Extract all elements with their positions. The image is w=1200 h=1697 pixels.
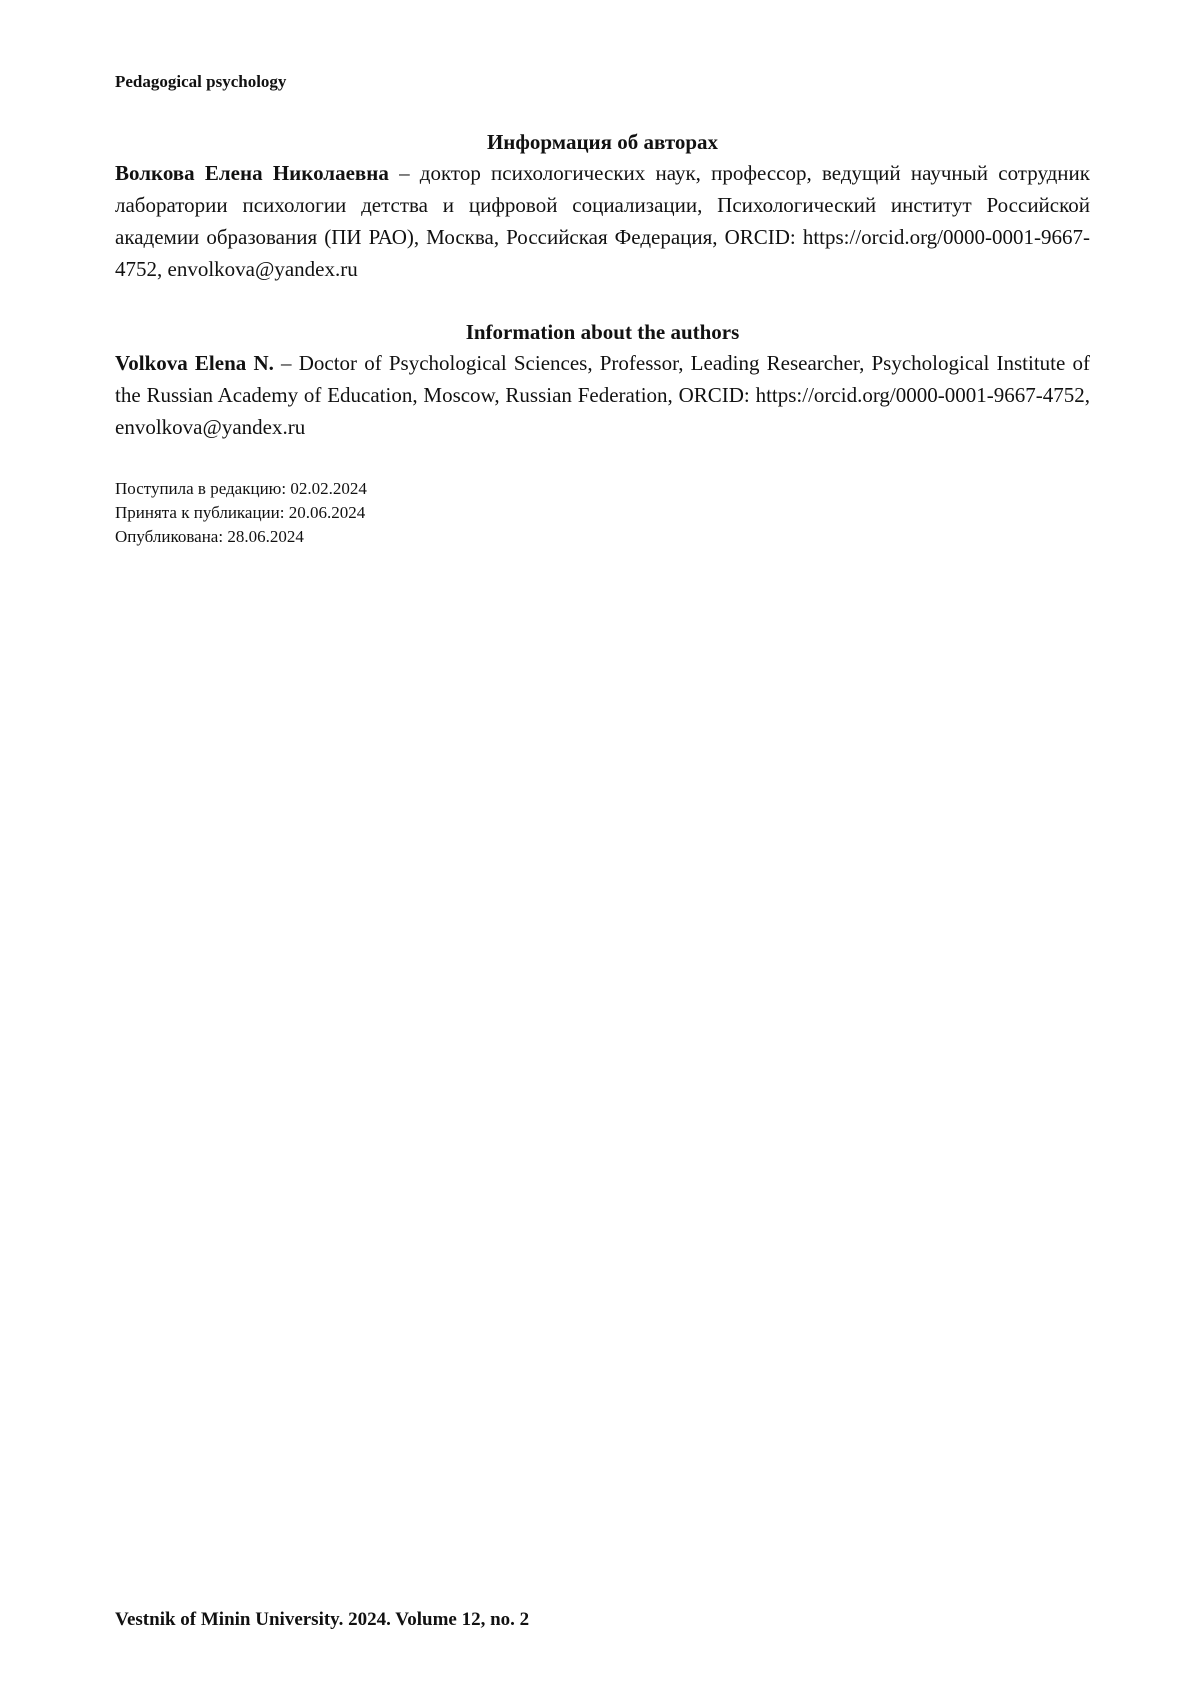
publication-dates: Поступила в редакцию: 02.02.2024 Принята… bbox=[115, 477, 1090, 549]
authors-info-ru: Информация об авторах Волкова Елена Нико… bbox=[115, 127, 1090, 285]
date-accepted: Принята к публикации: 20.06.2024 bbox=[115, 501, 1090, 525]
authors-info-ru-title: Информация об авторах bbox=[115, 127, 1090, 157]
running-header: Pedagogical psychology bbox=[115, 72, 286, 92]
author-name-en: Volkova Elena N. bbox=[115, 351, 274, 375]
running-footer: Vestnik of Minin University. 2024. Volum… bbox=[115, 1609, 529, 1631]
author-name-ru: Волкова Елена Николаевна bbox=[115, 161, 389, 185]
article-content: Информация об авторах Волкова Елена Нико… bbox=[115, 127, 1090, 549]
author-bio-en: Volkova Elena N. – Doctor of Psychologic… bbox=[115, 347, 1090, 443]
date-published: Опубликована: 28.06.2024 bbox=[115, 525, 1090, 549]
author-bio-ru: Волкова Елена Николаевна – доктор психол… bbox=[115, 157, 1090, 285]
date-received: Поступила в редакцию: 02.02.2024 bbox=[115, 477, 1090, 501]
authors-info-en-title: Information about the authors bbox=[115, 317, 1090, 347]
authors-info-en: Information about the authors Volkova El… bbox=[115, 317, 1090, 443]
